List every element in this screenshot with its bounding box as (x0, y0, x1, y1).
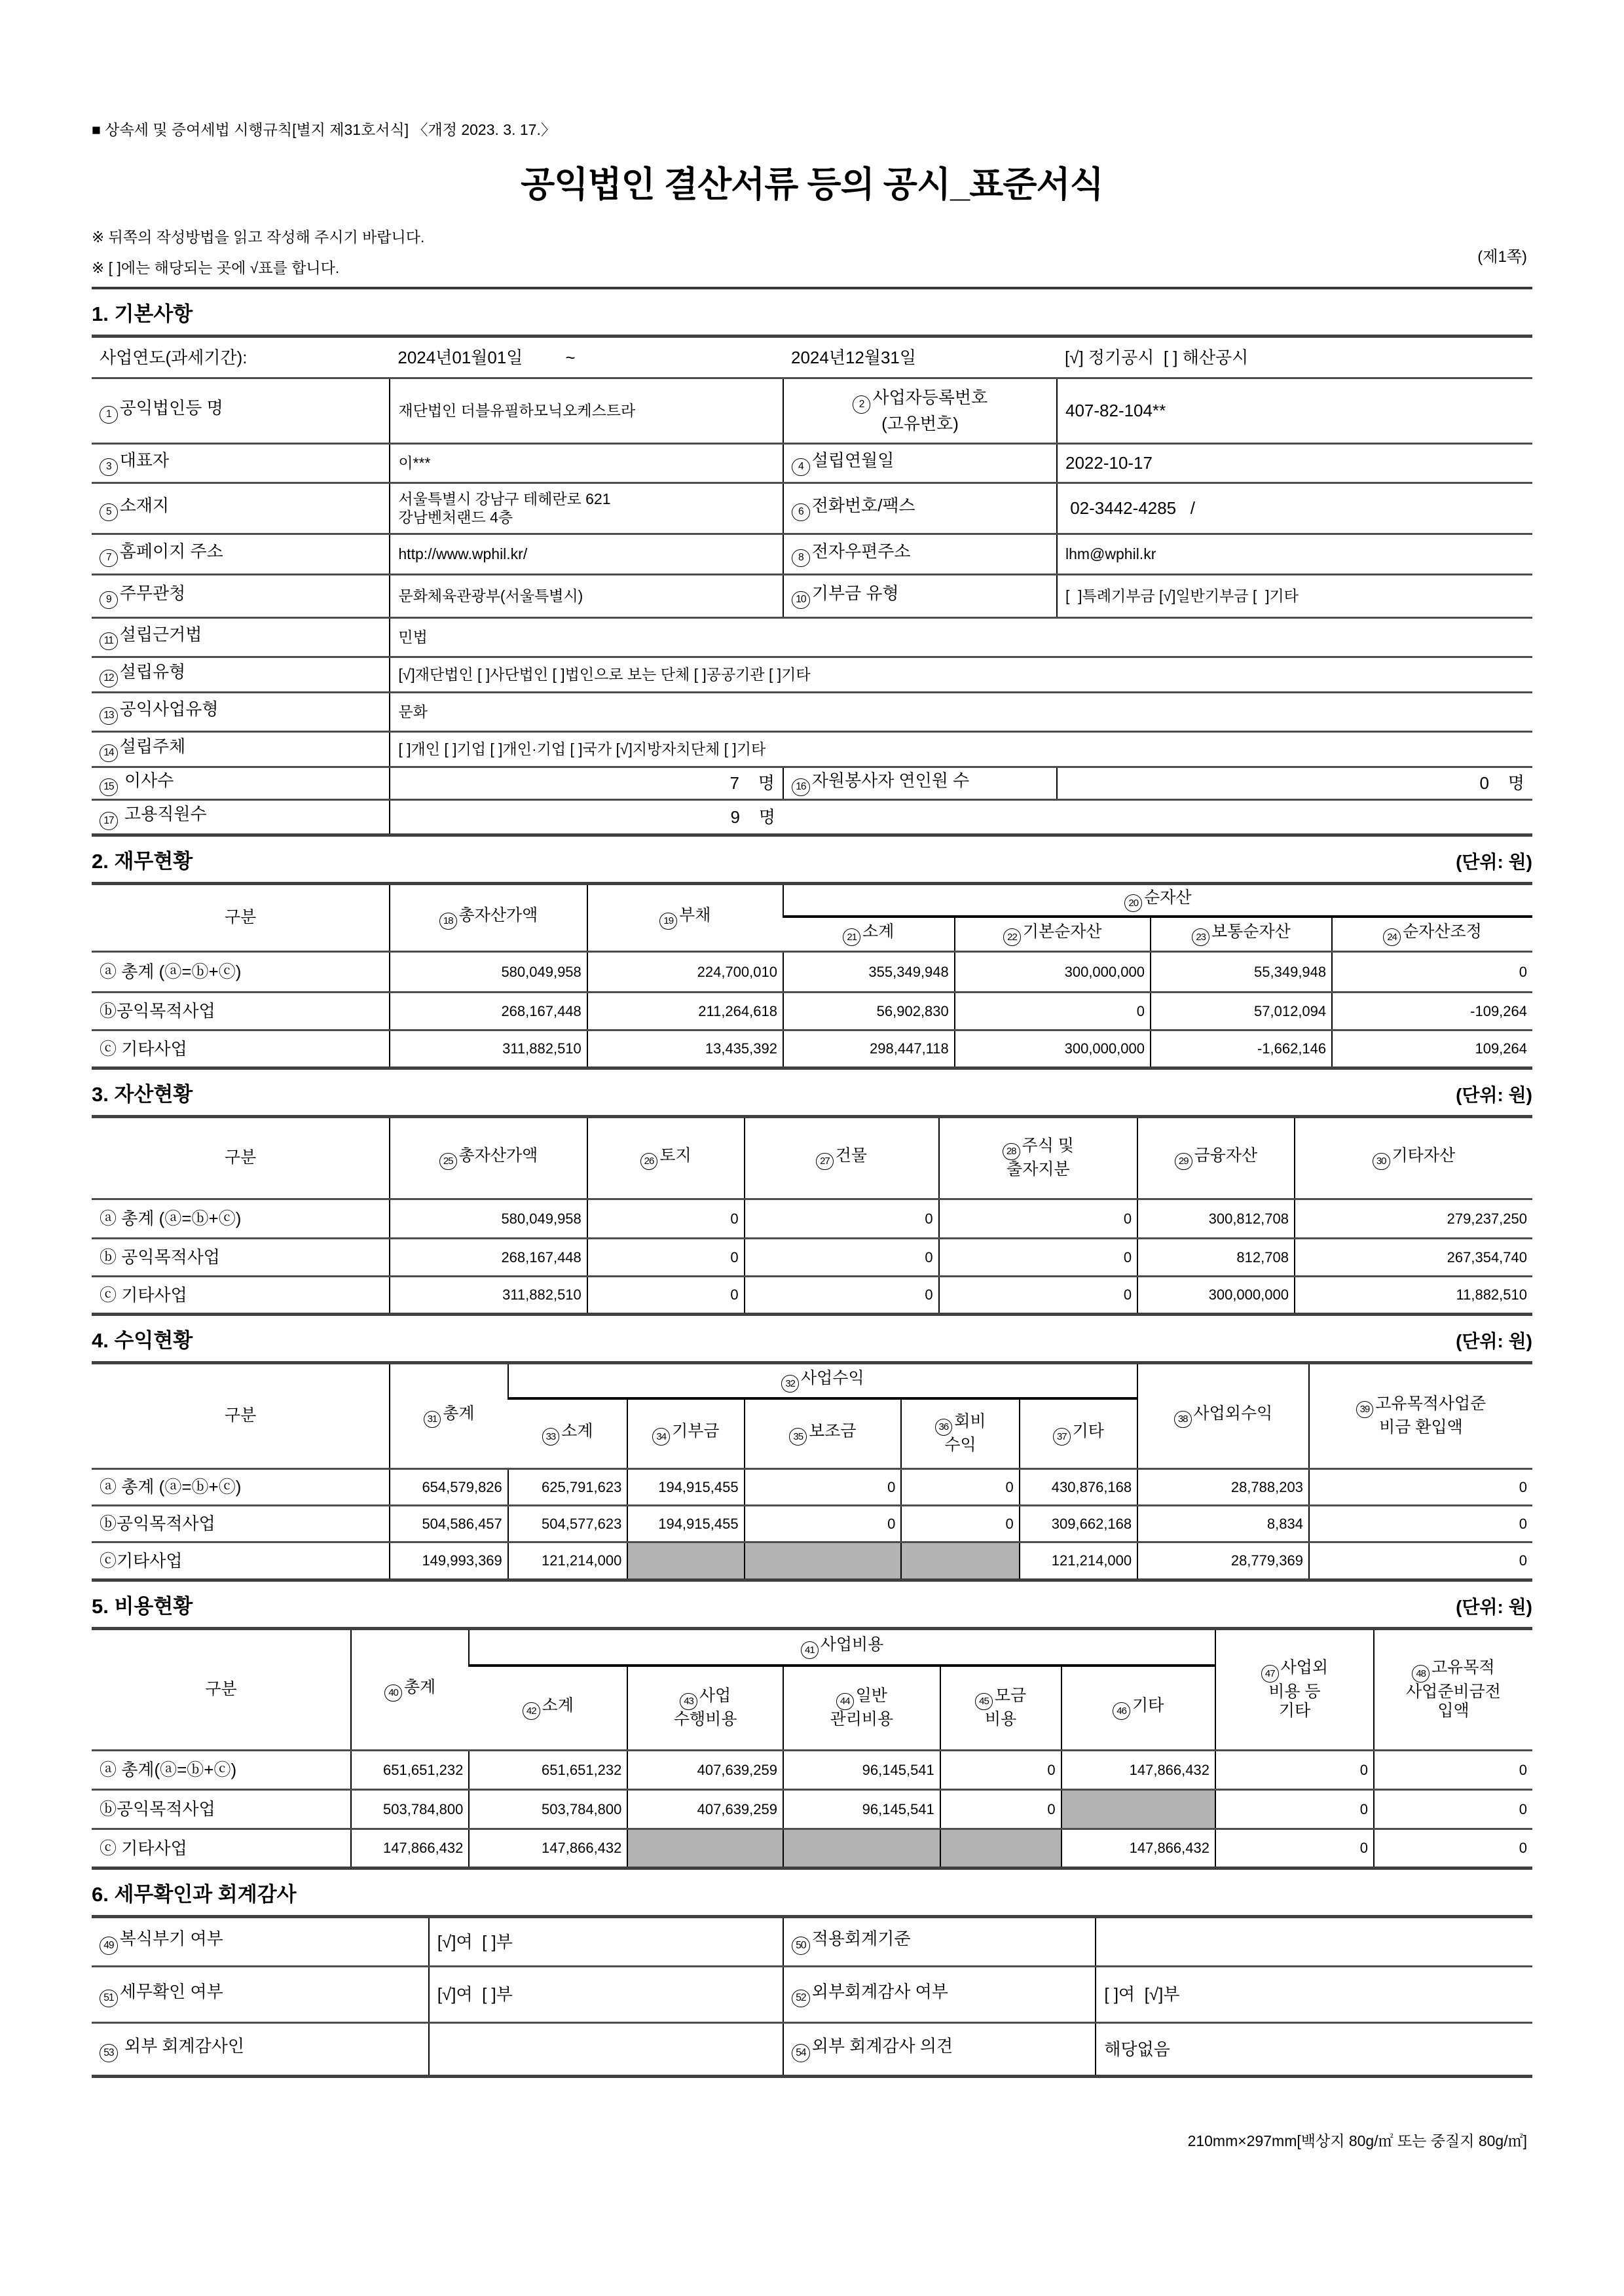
tax-audit-table-r1-c2: 52외부회계감사 여부 (783, 1967, 1096, 2023)
revenue-status-table-r2-c6: 430,876,168 (1020, 1469, 1137, 1506)
basic-info-table-r9-c1: [ ]개인 [ ]기업 [ ]개인·기업 [ ]국가 [√]지방자치단체 [ ]… (390, 732, 1532, 767)
basic-info-table-r10-c2: 16자원봉사자 연인원 수 (783, 767, 1057, 800)
basic-info-table-r11-c1: 9 명 (390, 800, 783, 835)
circled-number-11-icon: 11 (100, 632, 118, 651)
basic-info-table-r1-c3: 407-82-104** (1057, 378, 1532, 444)
basic-info-table-r3-c3: 02-3442-4285 / (1057, 483, 1532, 534)
asset-status-table-r3-c2: 0 (587, 1277, 745, 1315)
circled-number-45-icon: 45 (975, 1693, 993, 1711)
basic-info-table-r9-c0: 14설립주체 (92, 732, 390, 767)
financial-status-table-r3-c0: ⓑ공익목적사업 (92, 993, 390, 1030)
expense-status-table-grid: 구분40총계41사업비용47사업외 비용 등 기타48고유목적 사업준비금전 입… (92, 1627, 1532, 1870)
basic-info-table-r1-c1: 재단법인 더블유필하모닉오케스트라 (390, 378, 783, 444)
tax-audit-table-r0-c3 (1096, 1917, 1532, 1967)
circled-number-10-icon: 10 (792, 591, 810, 610)
circled-number-30-icon: 30 (1373, 1153, 1390, 1171)
financial-status-table-r4-c0: ⓒ 기타사업 (92, 1030, 390, 1068)
financial-status-table-r4-c1: 311,882,510 (390, 1030, 587, 1068)
asset-status-table-grid: 구분25총자산가액26토지27건물28주식 및 출자지분29금융자산30기타자산… (92, 1115, 1532, 1316)
basic-info-table-r2-c2: 4설립연월일 (783, 444, 1057, 483)
section-heading-basic: 1. 기본사항 (92, 297, 1532, 327)
revenue-status-table-grid: 구분31총계32사업수익38사업외수익39고유목적사업준 비금 환입액33소계3… (92, 1361, 1532, 1582)
unit-label-assets: (단위: 원) (1456, 1081, 1532, 1107)
circled-number-38-icon: 38 (1174, 1411, 1192, 1429)
circled-number-17-icon: 17 (100, 812, 118, 830)
basic-info-table-r2-c3: 2022-10-17 (1057, 444, 1532, 483)
financial-status-table-r3-c1: 268,167,448 (390, 993, 587, 1030)
circled-number-19-icon: 19 (659, 913, 677, 930)
financial-status-table-r1-c1: 22기본순자산 (955, 917, 1151, 952)
expense-status-table-r1-c0: 42소계 (469, 1666, 627, 1751)
asset-status-table-r1-c3: 0 (745, 1199, 939, 1239)
circled-number-1-icon: 1 (100, 406, 118, 424)
circled-number-35-icon: 35 (789, 1428, 807, 1446)
circled-number-39-icon: 39 (1356, 1401, 1374, 1419)
asset-status-table-r2-c0: ⓑ 공익목적사업 (92, 1239, 390, 1277)
circled-number-54-icon: 54 (792, 2044, 810, 2062)
circled-number-53-icon: 53 (100, 2044, 118, 2062)
expense-status-table-r0-c3: 47사업외 비용 등 기타 (1215, 1629, 1374, 1751)
basic-info-table-r11-c0: 17 고용직원수 (92, 800, 390, 835)
revenue-status-table-r3-c2: 504,577,623 (508, 1506, 628, 1542)
expense-status-table-r2-c0: ⓐ 총계(ⓐ=ⓑ+ⓒ) (92, 1751, 351, 1790)
tax-audit-table-r0-c1: [√]여 [ ]부 (429, 1917, 783, 1967)
expense-status-table-r0-c1: 40총계 (351, 1629, 469, 1751)
basic-info-table-r0-c0: 사업연도(과세기간): (92, 337, 390, 378)
document-page: ■ 상속세 및 증여세법 시행규칙[별지 제31호서식] 〈개정 2023. 3… (0, 0, 1624, 2296)
revenue-status-table-r0-c4: 39고유목적사업준 비금 환입액 (1309, 1363, 1532, 1469)
financial-status-table-r0-c2: 19부채 (587, 884, 783, 952)
financial-status-table-r2-c1: 580,049,958 (390, 952, 587, 993)
basic-info-table-r4-c3: lhm@wphil.kr (1057, 534, 1532, 575)
asset-status-table-r1-c6: 279,237,250 (1295, 1199, 1532, 1239)
financial-status-table-r0-c1: 18총자산가액 (390, 884, 587, 952)
revenue-status-table-r3-c4: 0 (745, 1506, 902, 1542)
circled-number-33-icon: 33 (542, 1428, 560, 1446)
expense-status-table-r3-c6 (1061, 1790, 1215, 1829)
revenue-status-table-r4-c3 (627, 1542, 744, 1580)
tax-audit-table-r0-c2: 50적용회계기준 (783, 1917, 1096, 1967)
circled-number-34-icon: 34 (652, 1428, 670, 1446)
financial-status-table-r3-c4: 0 (955, 993, 1151, 1030)
revenue-status-table-r2-c5: 0 (901, 1469, 1019, 1506)
circled-number-20-icon: 20 (1124, 894, 1142, 912)
tax-audit-table-r0-c0: 49복식부기 여부 (92, 1917, 429, 1967)
basic-info-table-r8-c0: 13공익사업유형 (92, 693, 390, 732)
revenue-status-table-r4-c4 (745, 1542, 902, 1580)
revenue-status-table-r4-c5 (901, 1542, 1019, 1580)
basic-info-table-r1-c2: 2사업자등록번호 (고유번호) (783, 378, 1057, 444)
revenue-status-table-r4-c7: 28,779,369 (1137, 1542, 1309, 1580)
asset-status-table-r2-c6: 267,354,740 (1295, 1239, 1532, 1277)
tax-audit-table-r2-c3: 해당없음 (1096, 2023, 1532, 2077)
paper-size-note: 210mm×297mm[백상지 80g/㎡ 또는 중질지 80g/㎡] (1188, 2129, 1527, 2151)
basic-info-table-r10-c1: 7 명 (390, 767, 783, 800)
unit-label-finance: (단위: 원) (1456, 848, 1532, 874)
asset-status-table-r2-c5: 812,708 (1137, 1239, 1295, 1277)
section-heading-finance: 2. 재무현황 (단위: 원) (92, 845, 1532, 874)
expense-status-table-r3-c5: 0 (940, 1790, 1061, 1829)
basic-info-table-r4-c1: http://www.wphil.kr/ (390, 534, 783, 575)
financial-status-table-r4-c3: 298,447,118 (783, 1030, 955, 1068)
financial-status-table-r2-c2: 224,700,010 (587, 952, 783, 993)
financial-status-table-r3-c2: 211,264,618 (587, 993, 783, 1030)
circled-number-43-icon: 43 (680, 1693, 697, 1711)
revenue-status-table-r1-c2: 35보조금 (745, 1398, 902, 1469)
expense-status-table-r2-c5: 0 (940, 1751, 1061, 1790)
circled-number-50-icon: 50 (792, 1937, 810, 1955)
expense-status-table-r4-c3 (627, 1829, 783, 1868)
financial-status-table-r3-c5: 57,012,094 (1151, 993, 1332, 1030)
circled-number-42-icon: 42 (523, 1702, 540, 1720)
basic-info-table-r2-c0: 3대표자 (92, 444, 390, 483)
tax-audit-table: 49복식부기 여부[√]여 [ ]부50적용회계기준51세무확인 여부[√]여 … (92, 1915, 1532, 2078)
expense-status-table-r1-c4: 46기타 (1061, 1666, 1215, 1751)
circled-number-37-icon: 37 (1053, 1428, 1071, 1446)
revenue-status-table-r4-c6: 121,214,000 (1020, 1542, 1137, 1580)
expense-status-table-r3-c0: ⓑ공익목적사업 (92, 1790, 351, 1829)
circled-number-2-icon: 2 (853, 395, 871, 414)
financial-status-table: 구분18총자산가액19부채20순자산21소계22기본순자산23보통순자산24순자… (92, 882, 1532, 1070)
circled-number-14-icon: 14 (100, 744, 118, 763)
asset-status-table: 구분25총자산가액26토지27건물28주식 및 출자지분29금융자산30기타자산… (92, 1115, 1532, 1316)
asset-status-table-r0-c5: 29금융자산 (1137, 1117, 1295, 1199)
financial-status-table-r0-c3: 20순자산 (783, 884, 1532, 917)
circled-number-5-icon: 5 (100, 503, 118, 522)
circled-number-18-icon: 18 (439, 913, 457, 930)
instruction-note-check: ※ [ ]에는 해당되는 곳에 √표를 합니다. (92, 256, 1532, 278)
asset-status-table-r1-c4: 0 (939, 1199, 1138, 1239)
asset-status-table-r0-c1: 25총자산가액 (390, 1117, 587, 1199)
basic-info-table-r6-c0: 11설립근거법 (92, 618, 390, 657)
asset-status-table-r0-c3: 27건물 (745, 1117, 939, 1199)
basic-info-table-r5-c2: 10기부금 유형 (783, 575, 1057, 618)
expense-status-table-r4-c4 (783, 1829, 940, 1868)
expense-status-table-r4-c6: 147,866,432 (1061, 1829, 1215, 1868)
revenue-status-table-r2-c2: 625,791,623 (508, 1469, 628, 1506)
revenue-status-table-r3-c0: ⓑ공익목적사업 (92, 1506, 390, 1542)
circled-number-21-icon: 21 (843, 928, 860, 946)
expense-status-table-r4-c0: ⓒ 기타사업 (92, 1829, 351, 1868)
basic-info-table-r6-c1: 민법 (390, 618, 1532, 657)
expense-status-table-r4-c8: 0 (1374, 1829, 1532, 1868)
asset-status-table-r1-c1: 580,049,958 (390, 1199, 587, 1239)
asset-status-table-r3-c3: 0 (745, 1277, 939, 1315)
basic-info-table-r2-c1: 이*** (390, 444, 783, 483)
expense-status-table: 구분40총계41사업비용47사업외 비용 등 기타48고유목적 사업준비금전 입… (92, 1627, 1532, 1870)
section-heading-basic-text: 1. 기본사항 (92, 297, 193, 327)
asset-status-table-r2-c2: 0 (587, 1239, 745, 1277)
financial-status-table-r2-c4: 300,000,000 (955, 952, 1151, 993)
financial-status-table-r4-c6: 109,264 (1332, 1030, 1532, 1068)
expense-status-table-r4-c7: 0 (1215, 1829, 1374, 1868)
unit-label-revenue: (단위: 원) (1456, 1327, 1532, 1353)
revenue-status-table-r2-c1: 654,579,826 (390, 1469, 507, 1506)
basic-info-table-r1-c0: 1공익법인등 명 (92, 378, 390, 444)
basic-info-table-r4-c0: 7홈페이지 주소 (92, 534, 390, 575)
circled-number-16-icon: 16 (792, 778, 810, 797)
revenue-status-table-r2-c8: 0 (1309, 1469, 1532, 1506)
section-heading-audit-text: 6. 세무확인과 회계감사 (92, 1878, 297, 1907)
circled-number-31-icon: 31 (424, 1411, 441, 1429)
circled-number-26-icon: 26 (640, 1153, 658, 1171)
basic-info-table-r7-c1: [√]재단법인 [ ]사단법인 [ ]법인으로 보는 단체 [ ]공공기관 [ … (390, 657, 1532, 693)
financial-status-table-r0-c0: 구분 (92, 884, 390, 952)
tax-audit-table-r1-c3: [ ]여 [√]부 (1096, 1967, 1532, 2023)
page-number-marker: (제1쪽) (1477, 244, 1527, 266)
instruction-note-read: ※ 뒤쪽의 작성방법을 읽고 작성해 주시기 바랍니다. (92, 225, 1532, 247)
expense-status-table-r3-c1: 503,784,800 (351, 1790, 469, 1829)
circled-number-32-icon: 32 (781, 1375, 799, 1393)
basic-info-table-r0-c3: [√] 정기공시 [ ] 해산공시 (1057, 337, 1532, 378)
expense-status-table-r2-c4: 96,145,541 (783, 1751, 940, 1790)
circled-number-9-icon: 9 (100, 591, 118, 610)
basic-info-table-r4-c2: 8전자우편주소 (783, 534, 1057, 575)
basic-info-table-r3-c0: 5소재지 (92, 483, 390, 534)
revenue-status-table-r2-c7: 28,788,203 (1137, 1469, 1309, 1506)
asset-status-table-r3-c5: 300,000,000 (1137, 1277, 1295, 1315)
financial-status-table-r4-c2: 13,435,392 (587, 1030, 783, 1068)
revenue-status-table-r1-c0: 33소계 (508, 1398, 628, 1469)
revenue-status-table-r1-c4: 37기타 (1020, 1398, 1137, 1469)
circled-number-22-icon: 22 (1003, 928, 1021, 946)
revenue-status-table-r0-c3: 38사업외수익 (1137, 1363, 1309, 1469)
expense-status-table-r1-c3: 45모금 비용 (940, 1666, 1061, 1751)
section-heading-revenue: 4. 수익현황 (단위: 원) (92, 1324, 1532, 1353)
expense-status-table-r2-c8: 0 (1374, 1751, 1532, 1790)
circled-number-8-icon: 8 (792, 549, 810, 568)
basic-info-table-r10-c0: 15 이사수 (92, 767, 390, 800)
financial-status-table-r2-c5: 55,349,948 (1151, 952, 1332, 993)
expense-status-table-r2-c2: 651,651,232 (469, 1751, 627, 1790)
circled-number-4-icon: 4 (792, 458, 810, 477)
asset-status-table-r1-c2: 0 (587, 1199, 745, 1239)
circled-number-6-icon: 6 (792, 503, 810, 522)
circled-number-24-icon: 24 (1383, 928, 1401, 946)
document-title: 공익법인 결산서류 등의 공시_표준서식 (92, 156, 1532, 207)
expense-status-table-r1-c1: 43사업 수행비용 (627, 1666, 783, 1751)
asset-status-table-r3-c6: 11,882,510 (1295, 1277, 1532, 1315)
revenue-status-table-r4-c8: 0 (1309, 1542, 1532, 1580)
expense-status-table-r3-c4: 96,145,541 (783, 1790, 940, 1829)
circled-number-46-icon: 46 (1113, 1702, 1130, 1720)
expense-status-table-r4-c5 (940, 1829, 1061, 1868)
tax-audit-table-r1-c0: 51세무확인 여부 (92, 1967, 429, 2023)
asset-status-table-r2-c3: 0 (745, 1239, 939, 1277)
form-reference-note: ■ 상속세 및 증여세법 시행규칙[별지 제31호서식] 〈개정 2023. 3… (92, 0, 1532, 139)
expense-status-table-r3-c7: 0 (1215, 1790, 1374, 1829)
revenue-status-table-r1-c1: 34기부금 (627, 1398, 744, 1469)
expense-status-table-r3-c3: 407,639,259 (627, 1790, 783, 1829)
tax-audit-table-r2-c0: 53 외부 회계감사인 (92, 2023, 429, 2077)
expense-status-table-r2-c7: 0 (1215, 1751, 1374, 1790)
basic-info-table-r7-c0: 12설립유형 (92, 657, 390, 693)
basic-info-table-grid: 사업연도(과세기간):2024년01월01일 ~2024년12월31일[√] 정… (92, 335, 1532, 837)
circled-number-7-icon: 7 (100, 549, 118, 568)
asset-status-table-r1-c0: ⓐ 총계 (ⓐ=ⓑ+ⓒ) (92, 1199, 390, 1239)
circled-number-23-icon: 23 (1192, 928, 1209, 946)
circled-number-44-icon: 44 (836, 1693, 854, 1711)
section-heading-audit: 6. 세무확인과 회계감사 (92, 1878, 1532, 1907)
circled-number-3-icon: 3 (100, 458, 118, 477)
asset-status-table-r0-c0: 구분 (92, 1117, 390, 1199)
section-heading-assets-text: 3. 자산현황 (92, 1078, 193, 1107)
circled-number-49-icon: 49 (100, 1937, 118, 1955)
circled-number-48-icon: 48 (1412, 1665, 1430, 1683)
basic-info-table-r8-c1: 문화 (390, 693, 1532, 732)
expense-status-table-r1-c2: 44일반 관리비용 (783, 1666, 940, 1751)
financial-status-table-r2-c3: 355,349,948 (783, 952, 955, 993)
section-divider-rule (92, 287, 1532, 289)
circled-number-13-icon: 13 (100, 707, 118, 725)
expense-status-table-r0-c2: 41사업비용 (469, 1629, 1215, 1666)
revenue-status-table-r2-c4: 0 (745, 1469, 902, 1506)
revenue-status-table-r0-c1: 31총계 (390, 1363, 507, 1469)
unit-label-expense: (단위: 원) (1456, 1593, 1532, 1619)
financial-status-table-r3-c3: 56,902,830 (783, 993, 955, 1030)
circled-number-41-icon: 41 (801, 1641, 819, 1659)
circled-number-25-icon: 25 (439, 1153, 457, 1171)
asset-status-table-r3-c4: 0 (939, 1277, 1138, 1315)
financial-status-table-r4-c5: -1,662,146 (1151, 1030, 1332, 1068)
expense-status-table-r4-c2: 147,866,432 (469, 1829, 627, 1868)
asset-status-table-r3-c1: 311,882,510 (390, 1277, 587, 1315)
expense-status-table-r2-c6: 147,866,432 (1061, 1751, 1215, 1790)
financial-status-table-r2-c6: 0 (1332, 952, 1532, 993)
revenue-status-table-r3-c6: 309,662,168 (1020, 1506, 1137, 1542)
basic-info-table-r11-c2 (783, 800, 1532, 835)
financial-status-table-r3-c6: -109,264 (1332, 993, 1532, 1030)
circled-number-51-icon: 51 (100, 1990, 118, 2008)
section-heading-expense-text: 5. 비용현황 (92, 1590, 193, 1619)
asset-status-table-r0-c4: 28주식 및 출자지분 (939, 1117, 1138, 1199)
circled-number-40-icon: 40 (384, 1685, 402, 1702)
circled-number-28-icon: 28 (1003, 1143, 1020, 1161)
tax-audit-table-grid: 49복식부기 여부[√]여 [ ]부50적용회계기준51세무확인 여부[√]여 … (92, 1915, 1532, 2078)
basic-info-table-r0-c2: 2024년12월31일 (783, 337, 1057, 378)
expense-status-table-r0-c0: 구분 (92, 1629, 351, 1751)
revenue-status-table-r3-c5: 0 (901, 1506, 1019, 1542)
section-heading-finance-text: 2. 재무현황 (92, 845, 193, 874)
asset-status-table-r1-c5: 300,812,708 (1137, 1199, 1295, 1239)
revenue-status-table-r0-c2: 32사업수익 (508, 1363, 1137, 1398)
tax-audit-table-r2-c2: 54외부 회계감사 의견 (783, 2023, 1096, 2077)
revenue-status-table-r4-c1: 149,993,369 (390, 1542, 507, 1580)
expense-status-table-r3-c8: 0 (1374, 1790, 1532, 1829)
financial-status-table-r4-c4: 300,000,000 (955, 1030, 1151, 1068)
financial-status-table-r1-c0: 21소계 (783, 917, 955, 952)
circled-number-15-icon: 15 (100, 778, 118, 797)
circled-number-47-icon: 47 (1261, 1665, 1279, 1683)
expense-status-table-r2-c1: 651,651,232 (351, 1751, 469, 1790)
revenue-status-table-r3-c7: 8,834 (1137, 1506, 1309, 1542)
basic-info-table-r5-c0: 9주무관청 (92, 575, 390, 618)
circled-number-29-icon: 29 (1175, 1153, 1192, 1171)
tax-audit-table-r1-c1: [√]여 [ ]부 (429, 1967, 783, 2023)
basic-info-table-r3-c1: 서울특별시 강남구 테헤란로 621 강남벤처랜드 4층 (390, 483, 783, 534)
asset-status-table-r2-c1: 268,167,448 (390, 1239, 587, 1277)
revenue-status-table-r1-c3: 36회비 수익 (901, 1398, 1019, 1469)
basic-info-table-r0-c1: 2024년01월01일 ~ (390, 337, 783, 378)
revenue-status-table-r0-c0: 구분 (92, 1363, 390, 1469)
tax-audit-table-r2-c1 (429, 2023, 783, 2077)
asset-status-table-r0-c2: 26토지 (587, 1117, 745, 1199)
revenue-status-table-r3-c8: 0 (1309, 1506, 1532, 1542)
expense-status-table-r3-c2: 503,784,800 (469, 1790, 627, 1829)
revenue-status-table-r4-c2: 121,214,000 (508, 1542, 628, 1580)
circled-number-12-icon: 12 (100, 670, 118, 688)
circled-number-27-icon: 27 (816, 1153, 834, 1171)
financial-status-table-r2-c0: ⓐ 총계 (ⓐ=ⓑ+ⓒ) (92, 952, 390, 993)
asset-status-table-r2-c4: 0 (939, 1239, 1138, 1277)
revenue-status-table-r3-c1: 504,586,457 (390, 1506, 507, 1542)
expense-status-table-r2-c3: 407,639,259 (627, 1751, 783, 1790)
expense-status-table-r4-c1: 147,866,432 (351, 1829, 469, 1868)
section-heading-expense: 5. 비용현황 (단위: 원) (92, 1590, 1532, 1619)
asset-status-table-r3-c0: ⓒ 기타사업 (92, 1277, 390, 1315)
asset-status-table-r0-c6: 30기타자산 (1295, 1117, 1532, 1199)
revenue-status-table-r4-c0: ⓒ기타사업 (92, 1542, 390, 1580)
financial-status-table-r1-c2: 23보통순자산 (1151, 917, 1332, 952)
basic-info-table: 사업연도(과세기간):2024년01월01일 ~2024년12월31일[√] 정… (92, 335, 1532, 837)
revenue-status-table: 구분31총계32사업수익38사업외수익39고유목적사업준 비금 환입액33소계3… (92, 1361, 1532, 1582)
basic-info-table-r3-c2: 6전화번호/팩스 (783, 483, 1057, 534)
basic-info-table-r5-c1: 문화체육관광부(서울특별시) (390, 575, 783, 618)
revenue-status-table-r3-c3: 194,915,455 (627, 1506, 744, 1542)
section-heading-assets: 3. 자산현황 (단위: 원) (92, 1078, 1532, 1107)
circled-number-36-icon: 36 (935, 1419, 953, 1436)
basic-info-table-r5-c3: [ ]특례기부금 [√]일반기부금 [ ]기타 (1057, 575, 1532, 618)
expense-status-table-r0-c4: 48고유목적 사업준비금전 입액 (1374, 1629, 1532, 1751)
financial-status-table-r1-c3: 24순자산조정 (1332, 917, 1532, 952)
basic-info-table-r10-c3: 0 명 (1057, 767, 1532, 800)
section-heading-revenue-text: 4. 수익현황 (92, 1324, 193, 1353)
revenue-status-table-r2-c3: 194,915,455 (627, 1469, 744, 1506)
circled-number-52-icon: 52 (792, 1990, 810, 2008)
financial-status-table-grid: 구분18총자산가액19부채20순자산21소계22기본순자산23보통순자산24순자… (92, 882, 1532, 1070)
revenue-status-table-r2-c0: ⓐ 총계 (ⓐ=ⓑ+ⓒ) (92, 1469, 390, 1506)
